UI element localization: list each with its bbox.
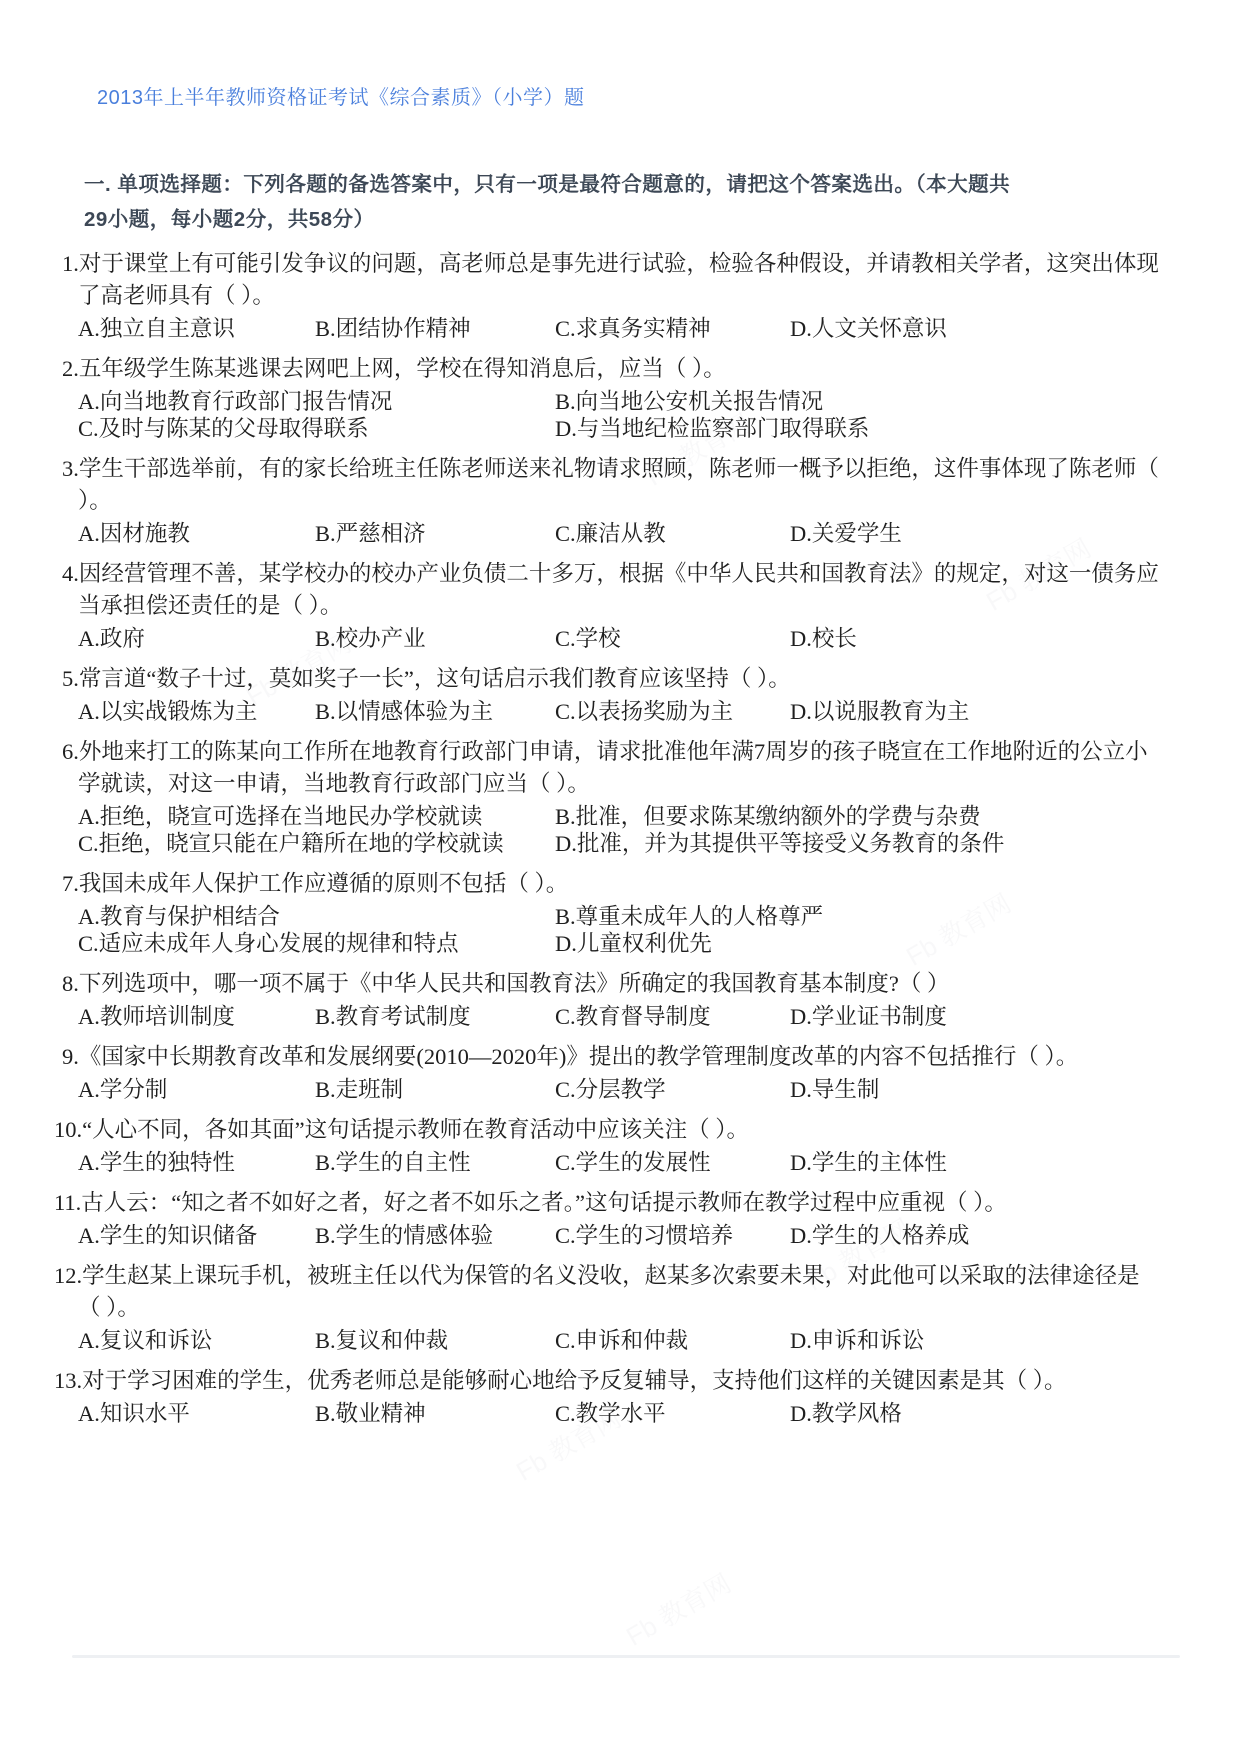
option: D.人文关怀意识 <box>790 315 1162 342</box>
question-number: 6. <box>62 739 79 764</box>
options: A.学生的知识储备B.学生的情感体验C.学生的习惯培养D.学生的人格养成 <box>78 1222 1162 1249</box>
question: 5.常言道“数子十过，莫如奖子一长”，这句话启示我们教育应该坚持（ ）。A.以实… <box>62 663 1162 725</box>
question: 6.外地来打工的陈某向工作所在地教育行政部门申请，请求批准他年满7周岁的孩子晓宣… <box>62 736 1162 857</box>
options: A.学分制B.走班制C.分层教学D.导生制 <box>78 1076 1162 1103</box>
option: C.拒绝，晓宣只能在户籍所在地的学校就读 <box>78 830 555 857</box>
question-text: 6.外地来打工的陈某向工作所在地教育行政部门申请，请求批准他年满7周岁的孩子晓宣… <box>62 736 1162 800</box>
question: 8.下列选项中，哪一项不属于《中华人民共和国教育法》所确定的我国教育基本制度?（… <box>62 968 1162 1030</box>
option: A.以实战锻炼为主 <box>78 698 315 725</box>
option: D.导生制 <box>790 1076 1162 1103</box>
option: D.以说服教育为主 <box>790 698 1162 725</box>
option: C.学生的发展性 <box>555 1149 790 1176</box>
option: B.学生的情感体验 <box>315 1222 555 1249</box>
question-number: 10. <box>54 1117 82 1142</box>
option: D.关爱学生 <box>790 520 1162 547</box>
question-text: 12.学生赵某上课玩手机，被班主任以代为保管的名义没收，赵某多次索要未果，对此他… <box>62 1260 1162 1324</box>
question-text: 9.《国家中长期教育改革和发展纲要(2010—2020年)》提出的教学管理制度改… <box>62 1041 1162 1073</box>
question-text: 8.下列选项中，哪一项不属于《中华人民共和国教育法》所确定的我国教育基本制度?（… <box>62 968 1162 1000</box>
question-text: 13.对于学习困难的学生，优秀老师总是能够耐心地给予反复辅导，支持他们这样的关键… <box>62 1365 1162 1397</box>
option: D.校长 <box>790 625 1162 652</box>
question-number: 11. <box>54 1190 81 1215</box>
option: A.学生的独特性 <box>78 1149 315 1176</box>
options: A.教师培训制度B.教育考试制度C.教育督导制度D.学业证书制度 <box>78 1003 1162 1030</box>
question-number: 5. <box>62 666 79 691</box>
question-number: 7. <box>62 871 79 896</box>
options: A.以实战锻炼为主B.以情感体验为主C.以表扬奖励为主D.以说服教育为主 <box>78 698 1162 725</box>
question-number: 4. <box>62 561 79 586</box>
option: C.以表扬奖励为主 <box>555 698 790 725</box>
option: A.因材施教 <box>78 520 315 547</box>
options: A.政府B.校办产业C.学校D.校长 <box>78 625 1162 652</box>
question-number: 3. <box>62 456 79 481</box>
option: C.廉洁从教 <box>555 520 790 547</box>
option: C.申诉和仲裁 <box>555 1327 790 1354</box>
option: A.学生的知识储备 <box>78 1222 315 1249</box>
option: A.知识水平 <box>78 1400 315 1427</box>
option: C.教育督导制度 <box>555 1003 790 1030</box>
option: A.学分制 <box>78 1076 315 1103</box>
option: D.教学风格 <box>790 1400 1162 1427</box>
question: 13.对于学习困难的学生，优秀老师总是能够耐心地给予反复辅导，支持他们这样的关键… <box>62 1365 1162 1427</box>
question-text: 2.五年级学生陈某逃课去网吧上网，学校在得知消息后，应当（ ）。 <box>62 353 1162 385</box>
option: C.教学水平 <box>555 1400 790 1427</box>
option: B.批准，但要求陈某缴纳额外的学费与杂费 <box>555 803 1162 830</box>
option: A.政府 <box>78 625 315 652</box>
option: C.学校 <box>555 625 790 652</box>
question-text: 11.古人云：“知之者不如好之者，好之者不如乐之者。”这句话提示教师在教学过程中… <box>62 1187 1162 1219</box>
question: 1.对于课堂上有可能引发争议的问题，高老师总是事先进行试验，检验各种假设，并请教… <box>62 248 1162 342</box>
exam-document-page: { "title": "2013年上半年教师资格证考试《综合素质》（小学）题",… <box>0 0 1240 1754</box>
options: A.独立自主意识B.团结协作精神C.求真务实精神D.人文关怀意识 <box>78 315 1162 342</box>
question-text: 3.学生干部选举前，有的家长给班主任陈老师送来礼物请求照顾，陈老师一概予以拒绝，… <box>62 453 1162 517</box>
question: 11.古人云：“知之者不如好之者，好之者不如乐之者。”这句话提示教师在教学过程中… <box>62 1187 1162 1249</box>
options: A.向当地教育行政部门报告情况B.向当地公安机关报告情况C.及时与陈某的父母取得… <box>78 388 1162 442</box>
option: C.及时与陈某的父母取得联系 <box>78 415 555 442</box>
section-heading: 一. 单项选择题：下列各题的备选答案中，只有一项是最符合题意的，请把这个答案选出… <box>84 167 1019 237</box>
option: D.批准，并为其提供平等接受义务教育的条件 <box>555 830 1162 857</box>
question-number: 9. <box>62 1044 79 1069</box>
option: A.向当地教育行政部门报告情况 <box>78 388 555 415</box>
question: 10.“人心不同，各如其面”这句话提示教师在教育活动中应该关注（ ）。A.学生的… <box>62 1114 1162 1176</box>
page-divider <box>72 1655 1180 1658</box>
page-title: 2013年上半年教师资格证考试《综合素质》（小学）题 <box>97 84 1180 112</box>
question-number: 1. <box>62 251 79 276</box>
option: C.适应未成年人身心发展的规律和特点 <box>78 930 555 957</box>
question-text: 5.常言道“数子十过，莫如奖子一长”，这句话启示我们教育应该坚持（ ）。 <box>62 663 1162 695</box>
option: A.教育与保护相结合 <box>78 903 555 930</box>
option: D.学业证书制度 <box>790 1003 1162 1030</box>
question-number: 12. <box>54 1263 82 1288</box>
option: B.尊重未成年人的人格尊严 <box>555 903 1162 930</box>
options: A.知识水平B.敬业精神C.教学水平D.教学风格 <box>78 1400 1162 1427</box>
option: B.严慈相济 <box>315 520 555 547</box>
options: A.教育与保护相结合B.尊重未成年人的人格尊严C.适应未成年人身心发展的规律和特… <box>78 903 1162 957</box>
option: B.向当地公安机关报告情况 <box>555 388 1162 415</box>
option: D.儿童权利优先 <box>555 930 1162 957</box>
question-text: 10.“人心不同，各如其面”这句话提示教师在教育活动中应该关注（ ）。 <box>62 1114 1162 1146</box>
option: D.学生的主体性 <box>790 1149 1162 1176</box>
question-text: 1.对于课堂上有可能引发争议的问题，高老师总是事先进行试验，检验各种假设，并请教… <box>62 248 1162 312</box>
question-text: 4.因经营管理不善，某学校办的校办产业负债二十多万，根据《中华人民共和国教育法》… <box>62 558 1162 622</box>
option: C.学生的习惯培养 <box>555 1222 790 1249</box>
option: A.教师培训制度 <box>78 1003 315 1030</box>
option: B.学生的自主性 <box>315 1149 555 1176</box>
option: A.复议和诉讼 <box>78 1327 315 1354</box>
question-number: 8. <box>62 971 79 996</box>
option: A.拒绝，晓宣可选择在当地民办学校就读 <box>78 803 555 830</box>
options: A.因材施教B.严慈相济C.廉洁从教D.关爱学生 <box>78 520 1162 547</box>
option: D.与当地纪检监察部门取得联系 <box>555 415 1162 442</box>
option: B.以情感体验为主 <box>315 698 555 725</box>
option: D.学生的人格养成 <box>790 1222 1162 1249</box>
question-list: 1.对于课堂上有可能引发争议的问题，高老师总是事先进行试验，检验各种假设，并请教… <box>62 248 1162 1427</box>
options: A.学生的独特性B.学生的自主性C.学生的发展性D.学生的主体性 <box>78 1149 1162 1176</box>
question: 12.学生赵某上课玩手机，被班主任以代为保管的名义没收，赵某多次索要未果，对此他… <box>62 1260 1162 1354</box>
question-number: 13. <box>54 1368 82 1393</box>
option: B.校办产业 <box>315 625 555 652</box>
question-text: 7.我国未成年人保护工作应遵循的原则不包括（ ）。 <box>62 868 1162 900</box>
option: B.团结协作精神 <box>315 315 555 342</box>
options: A.拒绝，晓宣可选择在当地民办学校就读B.批准，但要求陈某缴纳额外的学费与杂费C… <box>78 803 1162 857</box>
option: C.分层教学 <box>555 1076 790 1103</box>
question: 4.因经营管理不善，某学校办的校办产业负债二十多万，根据《中华人民共和国教育法》… <box>62 558 1162 652</box>
question: 9.《国家中长期教育改革和发展纲要(2010—2020年)》提出的教学管理制度改… <box>62 1041 1162 1103</box>
question: 2.五年级学生陈某逃课去网吧上网，学校在得知消息后，应当（ ）。A.向当地教育行… <box>62 353 1162 442</box>
options: A.复议和诉讼B.复议和仲裁C.申诉和仲裁D.申诉和诉讼 <box>78 1327 1162 1354</box>
question: 7.我国未成年人保护工作应遵循的原则不包括（ ）。A.教育与保护相结合B.尊重未… <box>62 868 1162 957</box>
option: C.求真务实精神 <box>555 315 790 342</box>
option: B.敬业精神 <box>315 1400 555 1427</box>
option: B.走班制 <box>315 1076 555 1103</box>
option: B.教育考试制度 <box>315 1003 555 1030</box>
option: B.复议和仲裁 <box>315 1327 555 1354</box>
question: 3.学生干部选举前，有的家长给班主任陈老师送来礼物请求照顾，陈老师一概予以拒绝，… <box>62 453 1162 547</box>
option: A.独立自主意识 <box>78 315 315 342</box>
document-content: 2013年上半年教师资格证考试《综合素质》（小学）题 一. 单项选择题：下列各题… <box>0 84 1240 1658</box>
option: D.申诉和诉讼 <box>790 1327 1162 1354</box>
question-number: 2. <box>62 356 79 381</box>
